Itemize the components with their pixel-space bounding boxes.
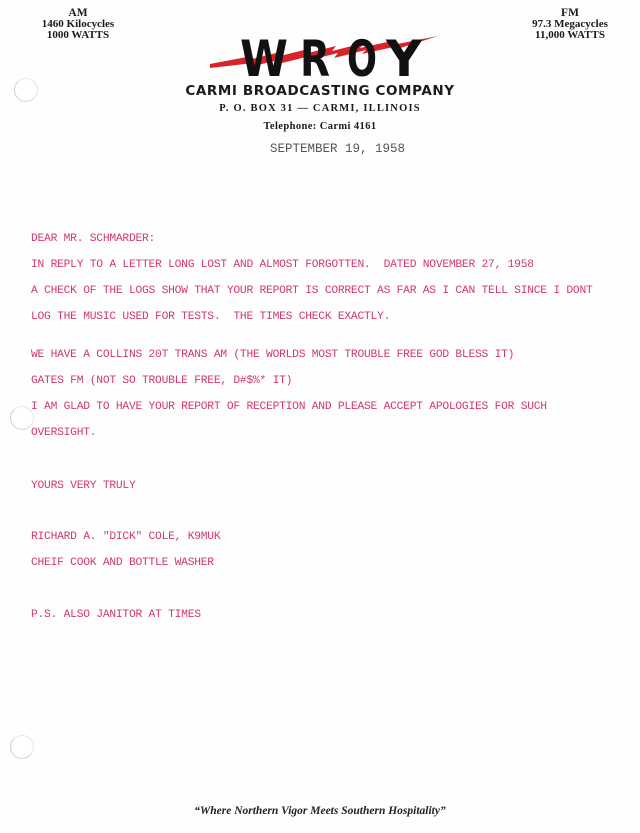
salutation: DEAR MR. SCHMARDER: [31, 233, 155, 245]
svg-text:Y: Y [385, 30, 423, 80]
footer-motto: “Where Northern Vigor Meets Southern Hos… [0, 805, 640, 817]
body-line: I AM GLAD TO HAVE YOUR REPORT OF RECEPTI… [31, 401, 547, 413]
postscript: P.S. ALSO JANITOR AT TIMES [31, 609, 201, 621]
fm-power: 11,000 WATTS [515, 30, 625, 41]
svg-text:R: R [300, 30, 330, 80]
closing: YOURS VERY TRULY [31, 480, 135, 492]
company-address: P. O. BOX 31 — CARMI, ILLINOIS [0, 103, 640, 114]
svg-text:W: W [240, 30, 288, 80]
signature-name: RICHARD A. "DICK" COLE, K9MUK [31, 531, 220, 543]
body-line: IN REPLY TO A LETTER LONG LOST AND ALMOS… [31, 259, 534, 271]
am-power: 1000 WATTS [28, 30, 128, 41]
fm-station-info: FM 97.3 Megacycles 11,000 WATTS [515, 8, 625, 41]
am-station-info: AM 1460 Kilocycles 1000 WATTS [28, 8, 128, 41]
letter-page: AM 1460 Kilocycles 1000 WATTS FM 97.3 Me… [0, 0, 640, 833]
lightning-bolt-logo-icon: W R O Y [210, 30, 440, 80]
body-line: A CHECK OF THE LOGS SHOW THAT YOUR REPOR… [31, 285, 593, 297]
signature-title: CHEIF COOK AND BOTTLE WASHER [31, 557, 214, 569]
body-line: GATES FM (NOT SO TROUBLE FREE, D#$%* IT) [31, 375, 292, 387]
company-phone: Telephone: Carmi 4161 [0, 121, 640, 132]
punch-hole-bottom [10, 735, 34, 759]
body-line: WE HAVE A COLLINS 20T TRANS AM (THE WORL… [31, 349, 514, 361]
svg-text:O: O [347, 30, 377, 80]
letter-date: SEPTEMBER 19, 1958 [270, 142, 405, 156]
body-line: OVERSIGHT. [31, 427, 96, 439]
body-line: LOG THE MUSIC USED FOR TESTS. THE TIMES … [31, 311, 390, 323]
company-name: CARMI BROADCASTING COMPANY [0, 83, 640, 99]
wroy-logo: W R O Y [210, 30, 440, 80]
